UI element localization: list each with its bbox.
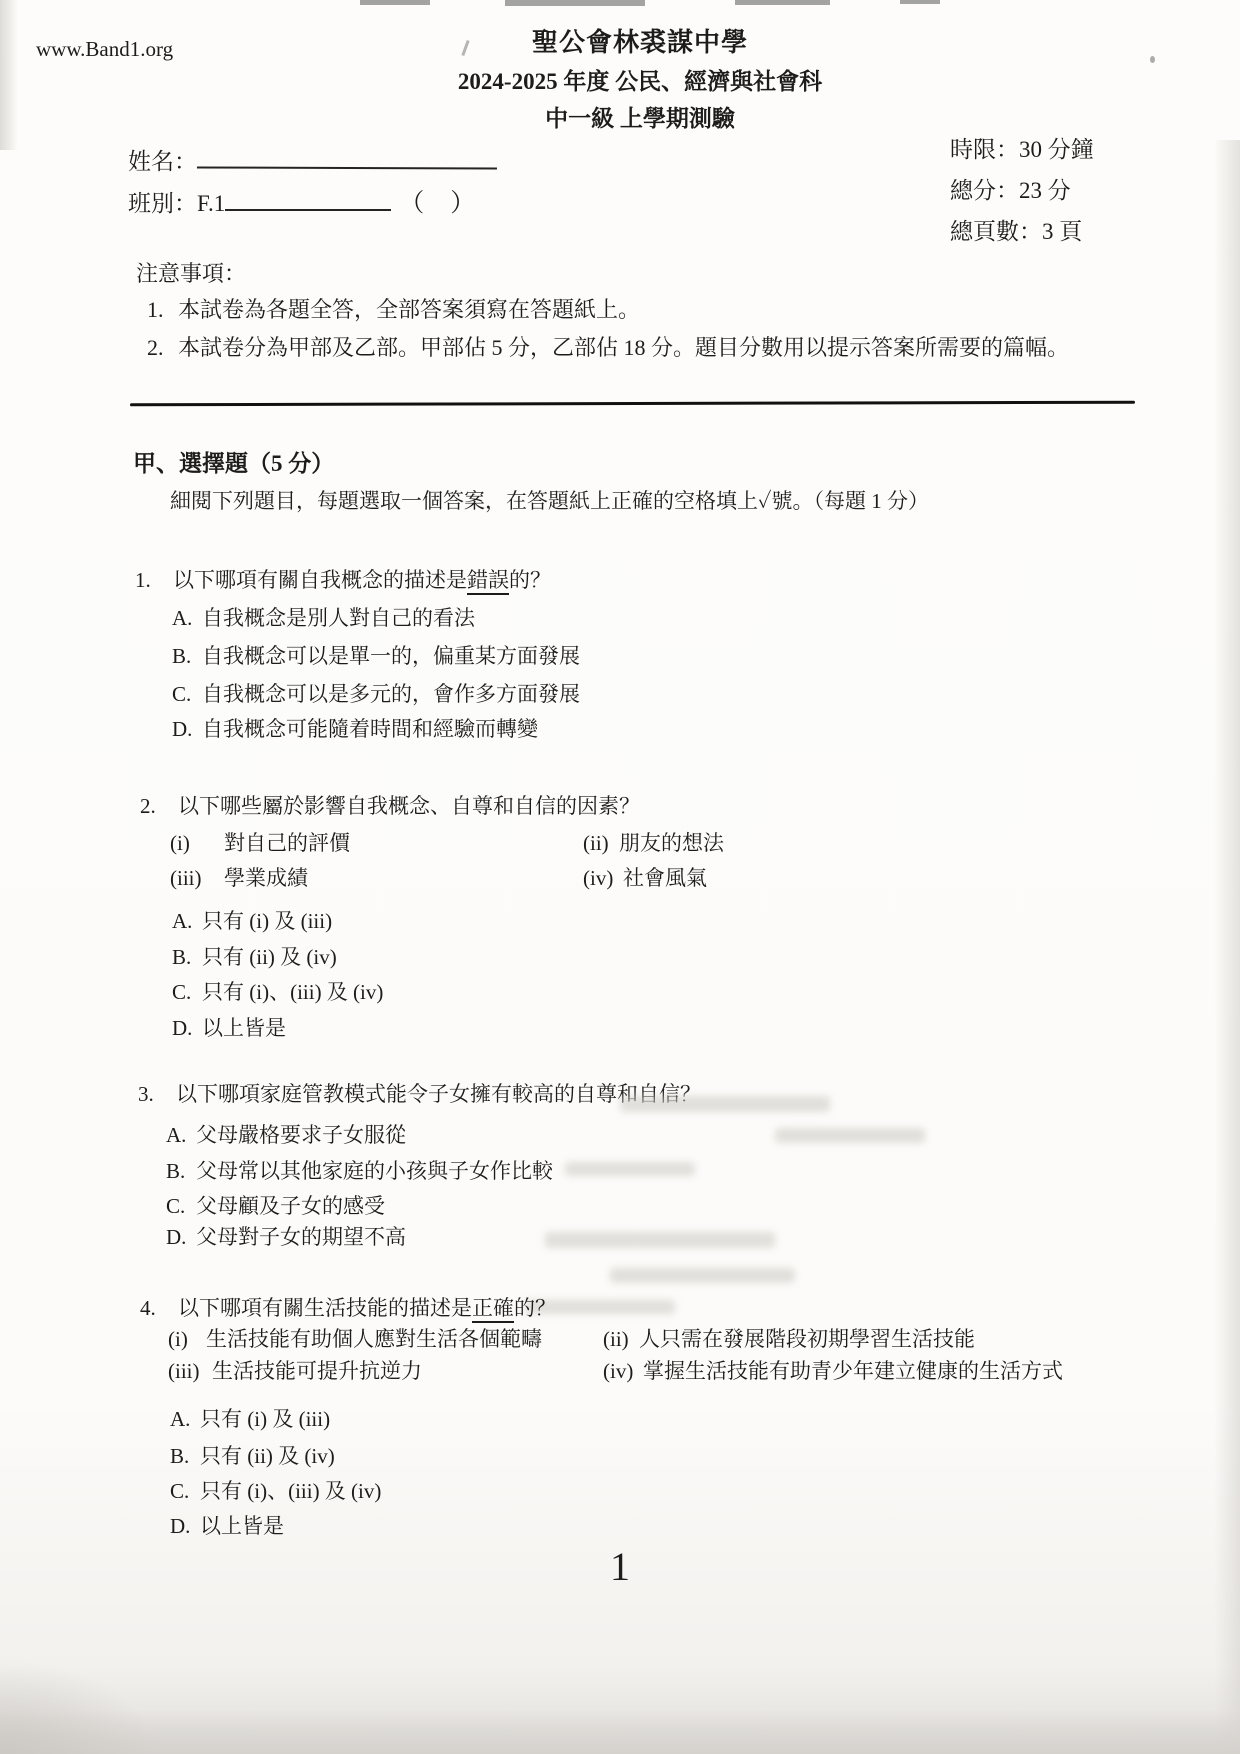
option-label: C. bbox=[170, 1478, 200, 1504]
q2-option-b: B.只有 (ii) 及 (iv) bbox=[172, 944, 337, 970]
question-stem: 以下哪些屬於影響自我概念、自尊和自信的因素？ bbox=[178, 794, 640, 818]
subitem-label: (iv) bbox=[603, 1358, 643, 1384]
option-label: C. bbox=[166, 1193, 196, 1219]
option-label: A. bbox=[172, 605, 202, 631]
q4-subitems-row-1: (i)生活技能有助個人應對生活各個範疇 (ii)人只需在發展階段初期學習生活技能 bbox=[168, 1326, 542, 1352]
scan-shadow-right bbox=[1214, 140, 1240, 1754]
question-stem-suffix: 的？ bbox=[514, 1296, 556, 1320]
q1-option-a: A.自我概念是別人對自己的看法 bbox=[172, 605, 475, 631]
q4-option-b: B.只有 (ii) 及 (iv) bbox=[170, 1443, 335, 1469]
option-text: 父母顧及子女的感受 bbox=[196, 1194, 385, 1218]
note-number: 2. bbox=[147, 334, 178, 362]
name-row: 姓名： bbox=[128, 146, 497, 177]
subitem-text: 掌握生活技能有助青少年建立健康的生活方式 bbox=[643, 1359, 1063, 1383]
option-text: 只有 (i) 及 (iii) bbox=[200, 1407, 330, 1431]
bleed-through-artifact bbox=[620, 1096, 830, 1112]
q3-option-c: C.父母顧及子女的感受 bbox=[166, 1193, 385, 1219]
q1-option-c: C.自我概念可以是多元的，會作多方面發展 bbox=[172, 681, 580, 707]
option-label: D. bbox=[166, 1224, 196, 1250]
q4-option-c: C.只有 (i)、(iii) 及 (iv) bbox=[170, 1478, 381, 1504]
option-text: 只有 (ii) 及 (iv) bbox=[202, 945, 337, 969]
subitem-label: (i) bbox=[168, 1326, 206, 1352]
section-a-title: 甲、選擇題（5 分） bbox=[133, 450, 334, 479]
option-text: 自我概念可能隨着時間和經驗而轉變 bbox=[202, 717, 538, 741]
subitem-label: (ii) bbox=[583, 830, 619, 856]
subitem-label: (i) bbox=[170, 830, 224, 856]
name-blank bbox=[197, 145, 497, 169]
bleed-through-artifact bbox=[545, 1232, 775, 1248]
note-item-1: 1.本試卷為各題全答，全部答案須寫在答題紙上。 bbox=[147, 296, 640, 324]
scan-shadow-top-left bbox=[0, 0, 18, 150]
option-label: A. bbox=[170, 1406, 200, 1432]
paren-close: ） bbox=[450, 190, 475, 217]
question-number: 3. bbox=[138, 1081, 176, 1107]
subitem-text: 學業成績 bbox=[224, 866, 308, 890]
option-text: 父母嚴格要求子女服從 bbox=[196, 1123, 406, 1147]
q1-option-b: B.自我概念可以是單一的，偏重某方面發展 bbox=[172, 643, 580, 669]
q2-subitem-iv: (iv)社會風氣 bbox=[583, 865, 707, 891]
q3-option-d: D.父母對子女的期望不高 bbox=[166, 1224, 406, 1250]
q4-option-a: A.只有 (i) 及 (iii) bbox=[170, 1406, 330, 1432]
q3-option-b: B.父母常以其他家庭的小孩與子女作比較 bbox=[166, 1158, 553, 1184]
subitem-label: (iv) bbox=[583, 865, 623, 891]
question-stem-suffix: 的？ bbox=[509, 568, 551, 592]
class-label: 班別： bbox=[128, 191, 197, 216]
q2-stem-row: 2.以下哪些屬於影響自我概念、自尊和自信的因素？ bbox=[140, 793, 640, 819]
scan-artifact-top bbox=[900, 0, 940, 4]
option-text: 自我概念可以是單一的，偏重某方面發展 bbox=[202, 644, 580, 668]
subitem-text: 生活技能有助個人應對生活各個範疇 bbox=[206, 1327, 542, 1351]
option-text: 只有 (ii) 及 (iv) bbox=[200, 1444, 335, 1468]
stem-underlined-term: 錯誤 bbox=[467, 568, 509, 595]
option-label: C. bbox=[172, 979, 202, 1005]
option-label: B. bbox=[170, 1443, 200, 1469]
option-label: B. bbox=[166, 1158, 196, 1184]
exam-level-term: 中一級 上學期測驗 bbox=[20, 100, 1240, 133]
q4-stem-row: 4.以下哪項有關生活技能的描述是正確的？ bbox=[140, 1295, 556, 1321]
option-text: 只有 (i)、(iii) 及 (iv) bbox=[200, 1479, 381, 1503]
time-limit: 時限：30 分鐘 bbox=[950, 136, 1094, 165]
subitem-text: 朋友的想法 bbox=[619, 831, 724, 855]
option-text: 自我概念可以是多元的，會作多方面發展 bbox=[202, 682, 580, 706]
option-text: 只有 (i)、(iii) 及 (iv) bbox=[202, 980, 383, 1004]
subitem-text: 對自己的評價 bbox=[224, 831, 350, 855]
total-pages: 總頁數：3 頁 bbox=[950, 218, 1082, 247]
question-number: 1. bbox=[135, 567, 173, 593]
question-number: 4. bbox=[140, 1295, 178, 1321]
q1-stem-row: 1.以下哪項有關自我概念的描述是錯誤的？ bbox=[135, 567, 551, 593]
q2-subitem-ii: (ii)朋友的想法 bbox=[583, 830, 724, 856]
subitem-text: 社會風氣 bbox=[623, 866, 707, 890]
class-prefix: F.1 bbox=[197, 191, 225, 216]
note-number: 1. bbox=[147, 296, 178, 324]
subitem-text: 生活技能可提升抗逆力 bbox=[212, 1359, 422, 1383]
school-name: 聖公會林裘謀中學 bbox=[20, 22, 1240, 59]
option-text: 自我概念是別人對自己的看法 bbox=[202, 606, 475, 630]
option-label: A. bbox=[166, 1122, 196, 1148]
divider-line bbox=[130, 401, 1135, 407]
subitem-label: (iii) bbox=[168, 1358, 212, 1384]
exam-page: www.Band1.org 聖公會林裘謀中學 2024-2025 年度 公民、經… bbox=[0, 0, 1240, 1754]
option-text: 只有 (i) 及 (iii) bbox=[202, 909, 332, 933]
scan-shadow-bottom bbox=[0, 1710, 1240, 1754]
option-label: B. bbox=[172, 643, 202, 669]
bleed-through-artifact bbox=[565, 1162, 695, 1176]
option-label: D. bbox=[170, 1513, 200, 1539]
q4-subitem-ii: (ii)人只需在發展階段初期學習生活技能 bbox=[603, 1326, 975, 1352]
note-item-2: 2.本試卷分為甲部及乙部。甲部佔 5 分，乙部佔 18 分。題目分數用以提示答案… bbox=[147, 334, 1069, 362]
option-text: 以上皆是 bbox=[202, 1016, 286, 1040]
q2-option-a: A.只有 (i) 及 (iii) bbox=[172, 908, 332, 934]
scan-artifact-top bbox=[360, 0, 430, 5]
exam-year-subject: 2024-2025 年度 公民、經濟與社會科 bbox=[20, 63, 1240, 96]
class-blank bbox=[225, 188, 391, 211]
option-label: D. bbox=[172, 1015, 202, 1041]
scan-artifact-top bbox=[735, 0, 830, 5]
scan-shadow-bottom-left bbox=[0, 1659, 160, 1754]
bleed-through-artifact bbox=[610, 1268, 795, 1283]
subitem-text: 人只需在發展階段初期學習生活技能 bbox=[639, 1327, 975, 1351]
option-label: D. bbox=[172, 716, 202, 742]
scan-artifact-top bbox=[505, 0, 645, 6]
q2-option-d: D.以上皆是 bbox=[172, 1015, 286, 1041]
q3-option-a: A.父母嚴格要求子女服從 bbox=[166, 1122, 406, 1148]
option-text: 以上皆是 bbox=[200, 1514, 284, 1538]
q1-option-d: D.自我概念可能隨着時間和經驗而轉變 bbox=[172, 716, 538, 742]
q4-subitem-iv: (iv)掌握生活技能有助青少年建立健康的生活方式 bbox=[603, 1358, 1063, 1384]
option-label: B. bbox=[172, 944, 202, 970]
q4-subitems-row-2: (iii)生活技能可提升抗逆力 (iv)掌握生活技能有助青少年建立健康的生活方式 bbox=[168, 1358, 422, 1384]
bleed-through-artifact bbox=[775, 1128, 925, 1143]
option-label: A. bbox=[172, 908, 202, 934]
q2-subitems-row-1: (i)對自己的評價 (ii)朋友的想法 bbox=[170, 830, 350, 856]
option-text: 父母對子女的期望不高 bbox=[196, 1225, 406, 1249]
note-text: 本試卷為各題全答，全部答案須寫在答題紙上。 bbox=[178, 297, 640, 322]
stem-underlined-term: 正確 bbox=[472, 1296, 514, 1323]
q2-option-c: C.只有 (i)、(iii) 及 (iv) bbox=[172, 979, 383, 1005]
total-score: 總分：23 分 bbox=[950, 177, 1071, 206]
question-stem: 以下哪項有關生活技能的描述是 bbox=[178, 1296, 472, 1320]
subitem-label: (ii) bbox=[603, 1326, 639, 1352]
class-row: 班別：F.1（） bbox=[128, 188, 475, 219]
q2-subitems-row-2: (iii)學業成績 (iv)社會風氣 bbox=[170, 865, 308, 891]
question-stem: 以下哪項有關自我概念的描述是 bbox=[173, 568, 467, 592]
paren-open: （ bbox=[399, 190, 424, 217]
notes-title: 注意事項： bbox=[136, 260, 246, 288]
subitem-label: (iii) bbox=[170, 865, 224, 891]
section-a-instruction: 細閱下列題目，每題選取一個答案，在答題紙上正確的空格填上✓號。（每題 1 分） bbox=[170, 488, 929, 514]
option-label: C. bbox=[172, 681, 202, 707]
page-number: 1 bbox=[0, 1543, 1240, 1590]
note-text: 本試卷分為甲部及乙部。甲部佔 5 分，乙部佔 18 分。題目分數用以提示答案所需… bbox=[178, 335, 1069, 360]
option-text: 父母常以其他家庭的小孩與子女作比較 bbox=[196, 1159, 553, 1183]
q3-stem-row: 3.以下哪項家庭管教模式能令子女擁有較高的自尊和自信？ bbox=[138, 1081, 701, 1107]
name-label: 姓名： bbox=[128, 149, 197, 174]
q4-option-d: D.以上皆是 bbox=[170, 1513, 284, 1539]
question-number: 2. bbox=[140, 793, 178, 819]
